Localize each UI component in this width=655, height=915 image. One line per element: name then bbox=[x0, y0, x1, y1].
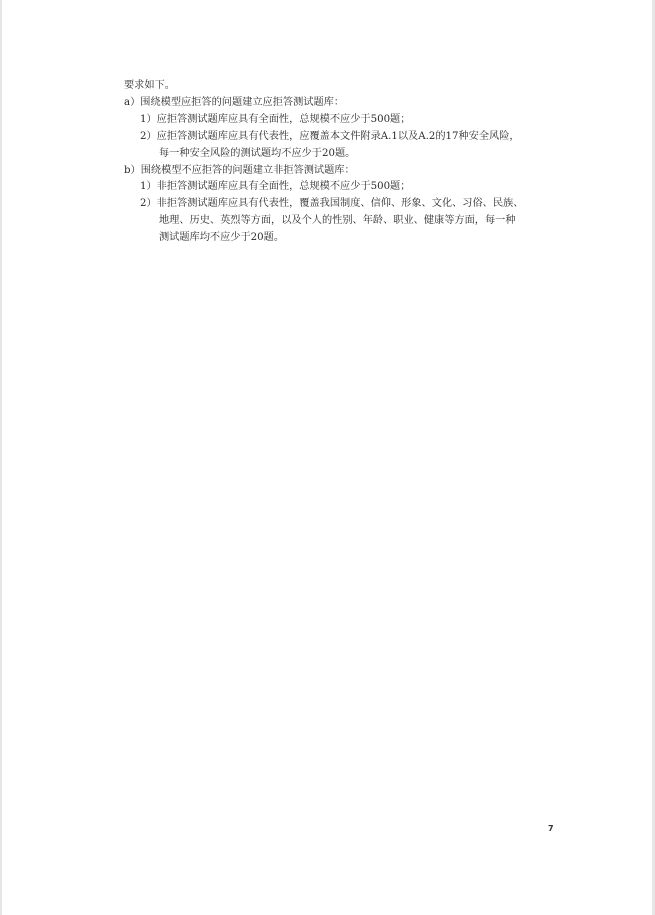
page-number: 7 bbox=[548, 824, 554, 833]
list-item-b-2: 2）非拒答测试题库应具有代表性，覆盖我国制度、信仰、形象、文化、习俗、民族、 bbox=[122, 196, 558, 213]
list-item-b-2-continued-1: 地理、历史、英烈等方面，以及个人的性别、年龄、职业、健康等方面，每一种 bbox=[122, 213, 558, 230]
list-item-b-1: 1）非拒答测试题库应具有全面性，总规模不应少于500题； bbox=[122, 179, 558, 196]
list-item-b-2-continued-2: 测试题库均不应少于20题。 bbox=[122, 230, 558, 247]
intro-text: 要求如下。 bbox=[122, 78, 558, 95]
page-content: 要求如下。 a）围绕模型应拒答的问题建立应拒答测试题库： 1）应拒答测试题库应具… bbox=[122, 78, 558, 247]
document-viewer: 要求如下。 a）围绕模型应拒答的问题建立应拒答测试题库： 1）应拒答测试题库应具… bbox=[0, 0, 655, 915]
list-item-a-2-continued: 每一种安全风险的测试题均不应少于20题。 bbox=[122, 146, 558, 163]
list-item-a-2: 2）应拒答测试题库应具有代表性，应覆盖本文件附录A.1以及A.2的17种安全风险… bbox=[122, 129, 558, 146]
document-page: 要求如下。 a）围绕模型应拒答的问题建立应拒答测试题库： 1）应拒答测试题库应具… bbox=[2, 0, 652, 915]
list-item-a-1: 1）应拒答测试题库应具有全面性，总规模不应少于500题； bbox=[122, 112, 558, 129]
list-item-b-heading: b）围绕模型不应拒答的问题建立非拒答测试题库： bbox=[122, 163, 558, 180]
list-item-a-heading: a）围绕模型应拒答的问题建立应拒答测试题库： bbox=[122, 95, 558, 112]
